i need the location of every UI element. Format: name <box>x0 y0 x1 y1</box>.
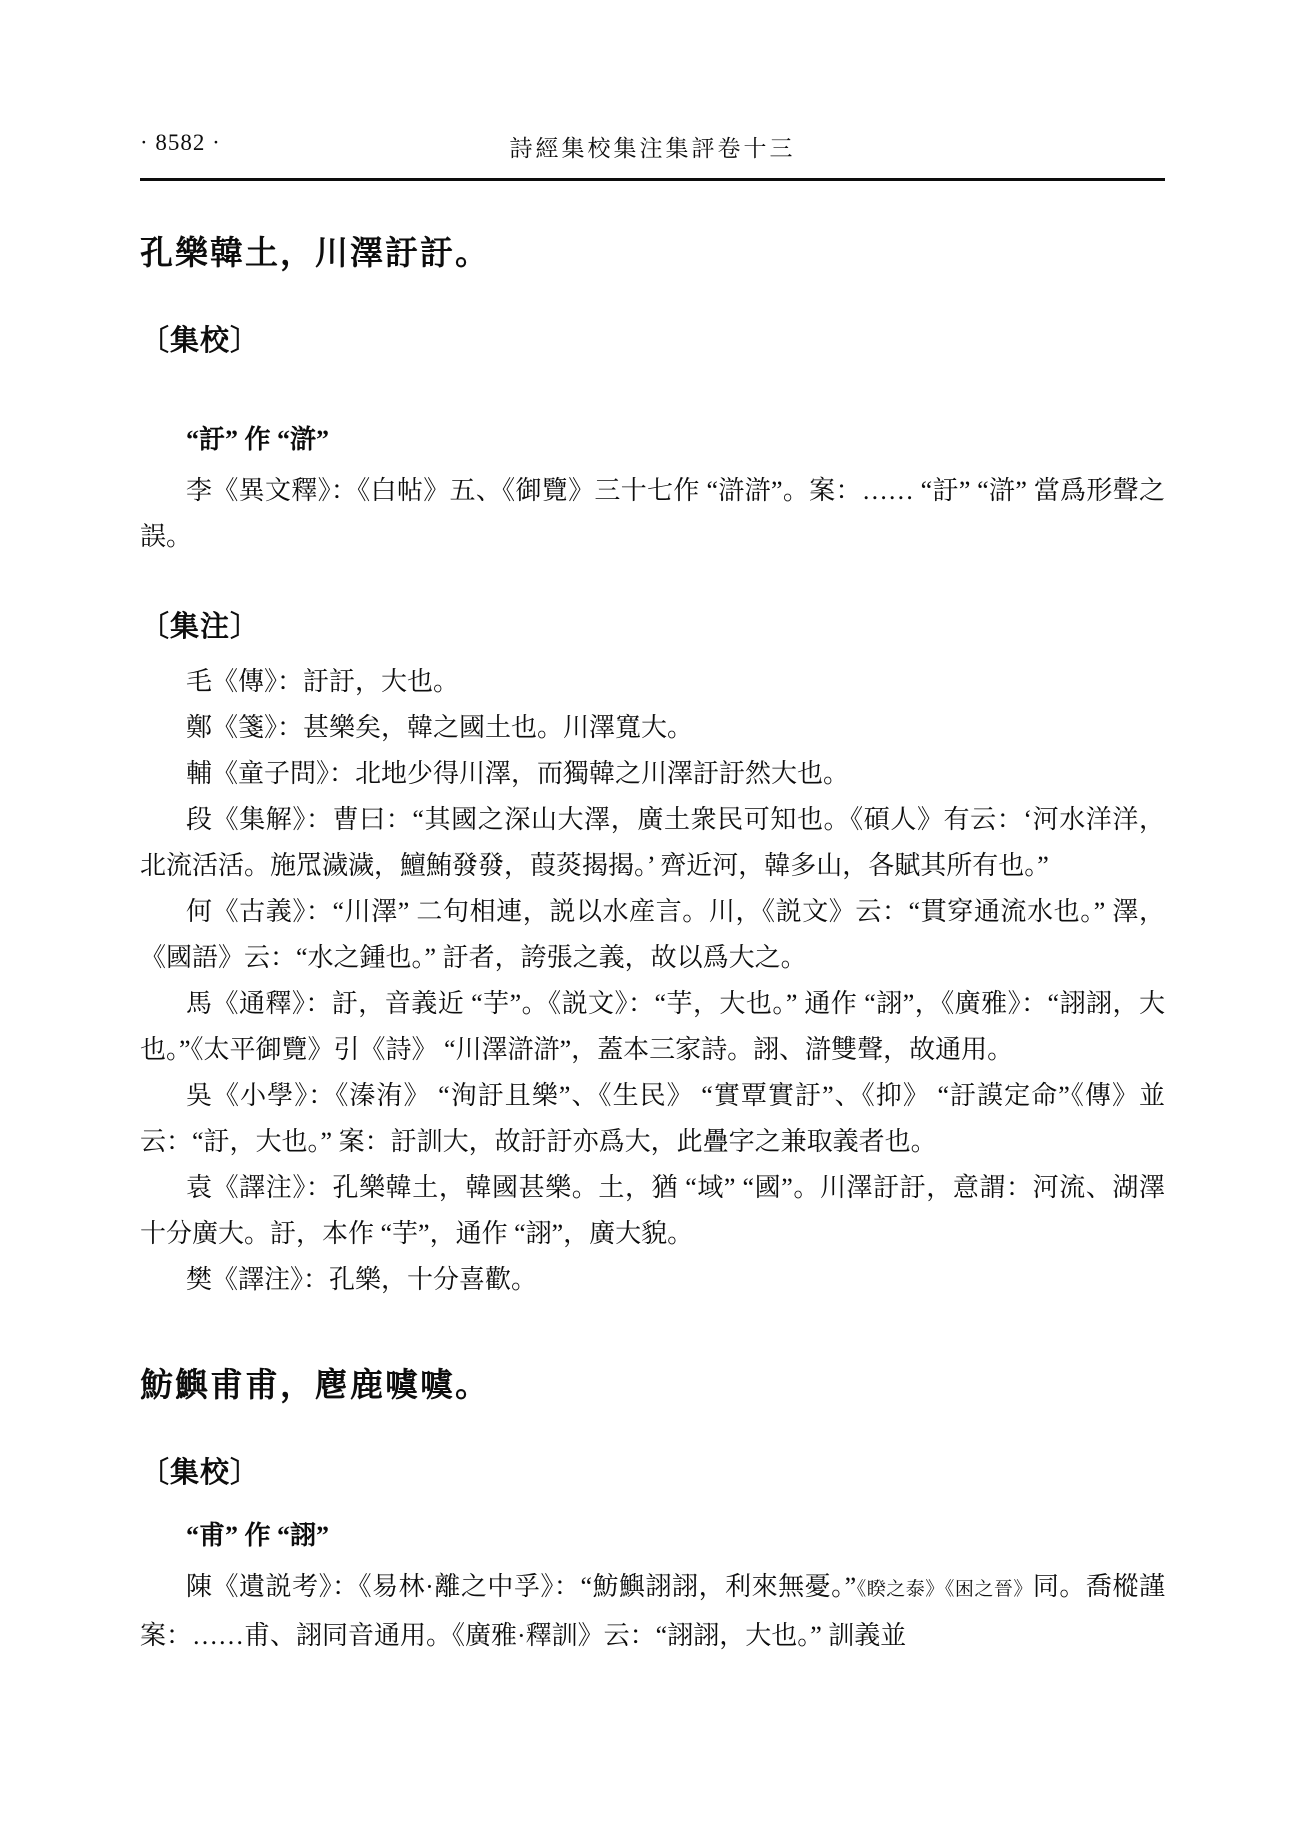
page-body: 孔樂韓土，川澤訏訏。 〔集校〕 “訏” 作 “滸” 李《異文釋》：《白帖》五、《… <box>140 227 1165 1659</box>
running-title: 詩經集校集注集評卷十三 <box>140 130 1165 163</box>
chen-small-note: 《睽之泰》《困之晉》 <box>856 1579 1033 1600</box>
collation-variant-subhead-2: “甫” 作 “詡” <box>140 1515 1165 1552</box>
para-fu-tongziwen: 輔《童子問》：北地少得川澤，而獨韓之川澤訏訏然大也。 <box>140 751 1165 797</box>
para-chen-yishuokao: 陳《遺説考》：《易林·離之中孚》：“魴鱮詡詡，利來無憂。”《睽之泰》《困之晉》同… <box>140 1564 1165 1659</box>
verse-heading-1: 孔樂韓土，川澤訏訏。 <box>140 227 1165 274</box>
para-wu-xiaoxue: 吳《小學》：《溱洧》 “洵訏且樂”、《生民》 “實覃實訏”、《抑》 “訏謨定命”… <box>140 1073 1165 1165</box>
section-label-jizhu: 〔集注〕 <box>140 604 1165 645</box>
section-label-jijiao-1: 〔集校〕 <box>140 318 1165 359</box>
para-yuan-yizhu: 袁《譯注》：孔樂韓土，韓國甚樂。土，猶 “域” “國”。川澤訏訏，意謂：河流、湖… <box>140 1165 1165 1257</box>
book-page: · 8582 · 詩經集校集注集評卷十三 孔樂韓土，川澤訏訏。 〔集校〕 “訏”… <box>0 0 1300 1827</box>
verse-heading-2: 魴鱮甫甫，麀鹿噳噳。 <box>140 1359 1165 1406</box>
para-zheng-jian: 鄭《箋》：甚樂矣，韓之國土也。川澤寬大。 <box>140 705 1165 751</box>
para-ma-tongshi: 馬《通釋》：訏，音義近 “芋”。《説文》：“芋，大也。” 通作 “詡”，《廣雅》… <box>140 981 1165 1073</box>
para-li-yiwenshi: 李《異文釋》：《白帖》五、《御覽》三十七作 “滸滸”。案：…… “訏” “滸” … <box>140 468 1165 560</box>
para-fan-yizhu: 樊《譯注》：孔樂，十分喜歡。 <box>140 1257 1165 1303</box>
section-label-jijiao-2: 〔集校〕 <box>140 1450 1165 1491</box>
header-rule <box>140 178 1165 181</box>
page-header: · 8582 · 詩經集校集注集評卷十三 <box>140 126 1165 164</box>
chen-quote-text: 陳《遺説考》：《易林·離之中孚》：“魴鱮詡詡，利來無憂。” <box>186 1572 856 1601</box>
para-he-guyi: 何《古義》：“川澤” 二句相連，説以水産言。川，《説文》云：“貫穿通流水也。” … <box>140 889 1165 981</box>
para-duan-jijie: 段《集解》：曹曰：“其國之深山大澤，廣土衆民可知也。《碩人》有云：‘河水洋洋，北… <box>140 797 1165 889</box>
collation-variant-subhead-1: “訏” 作 “滸” <box>140 419 1165 456</box>
para-mao-zhuan: 毛《傳》：訏訏，大也。 <box>140 659 1165 705</box>
